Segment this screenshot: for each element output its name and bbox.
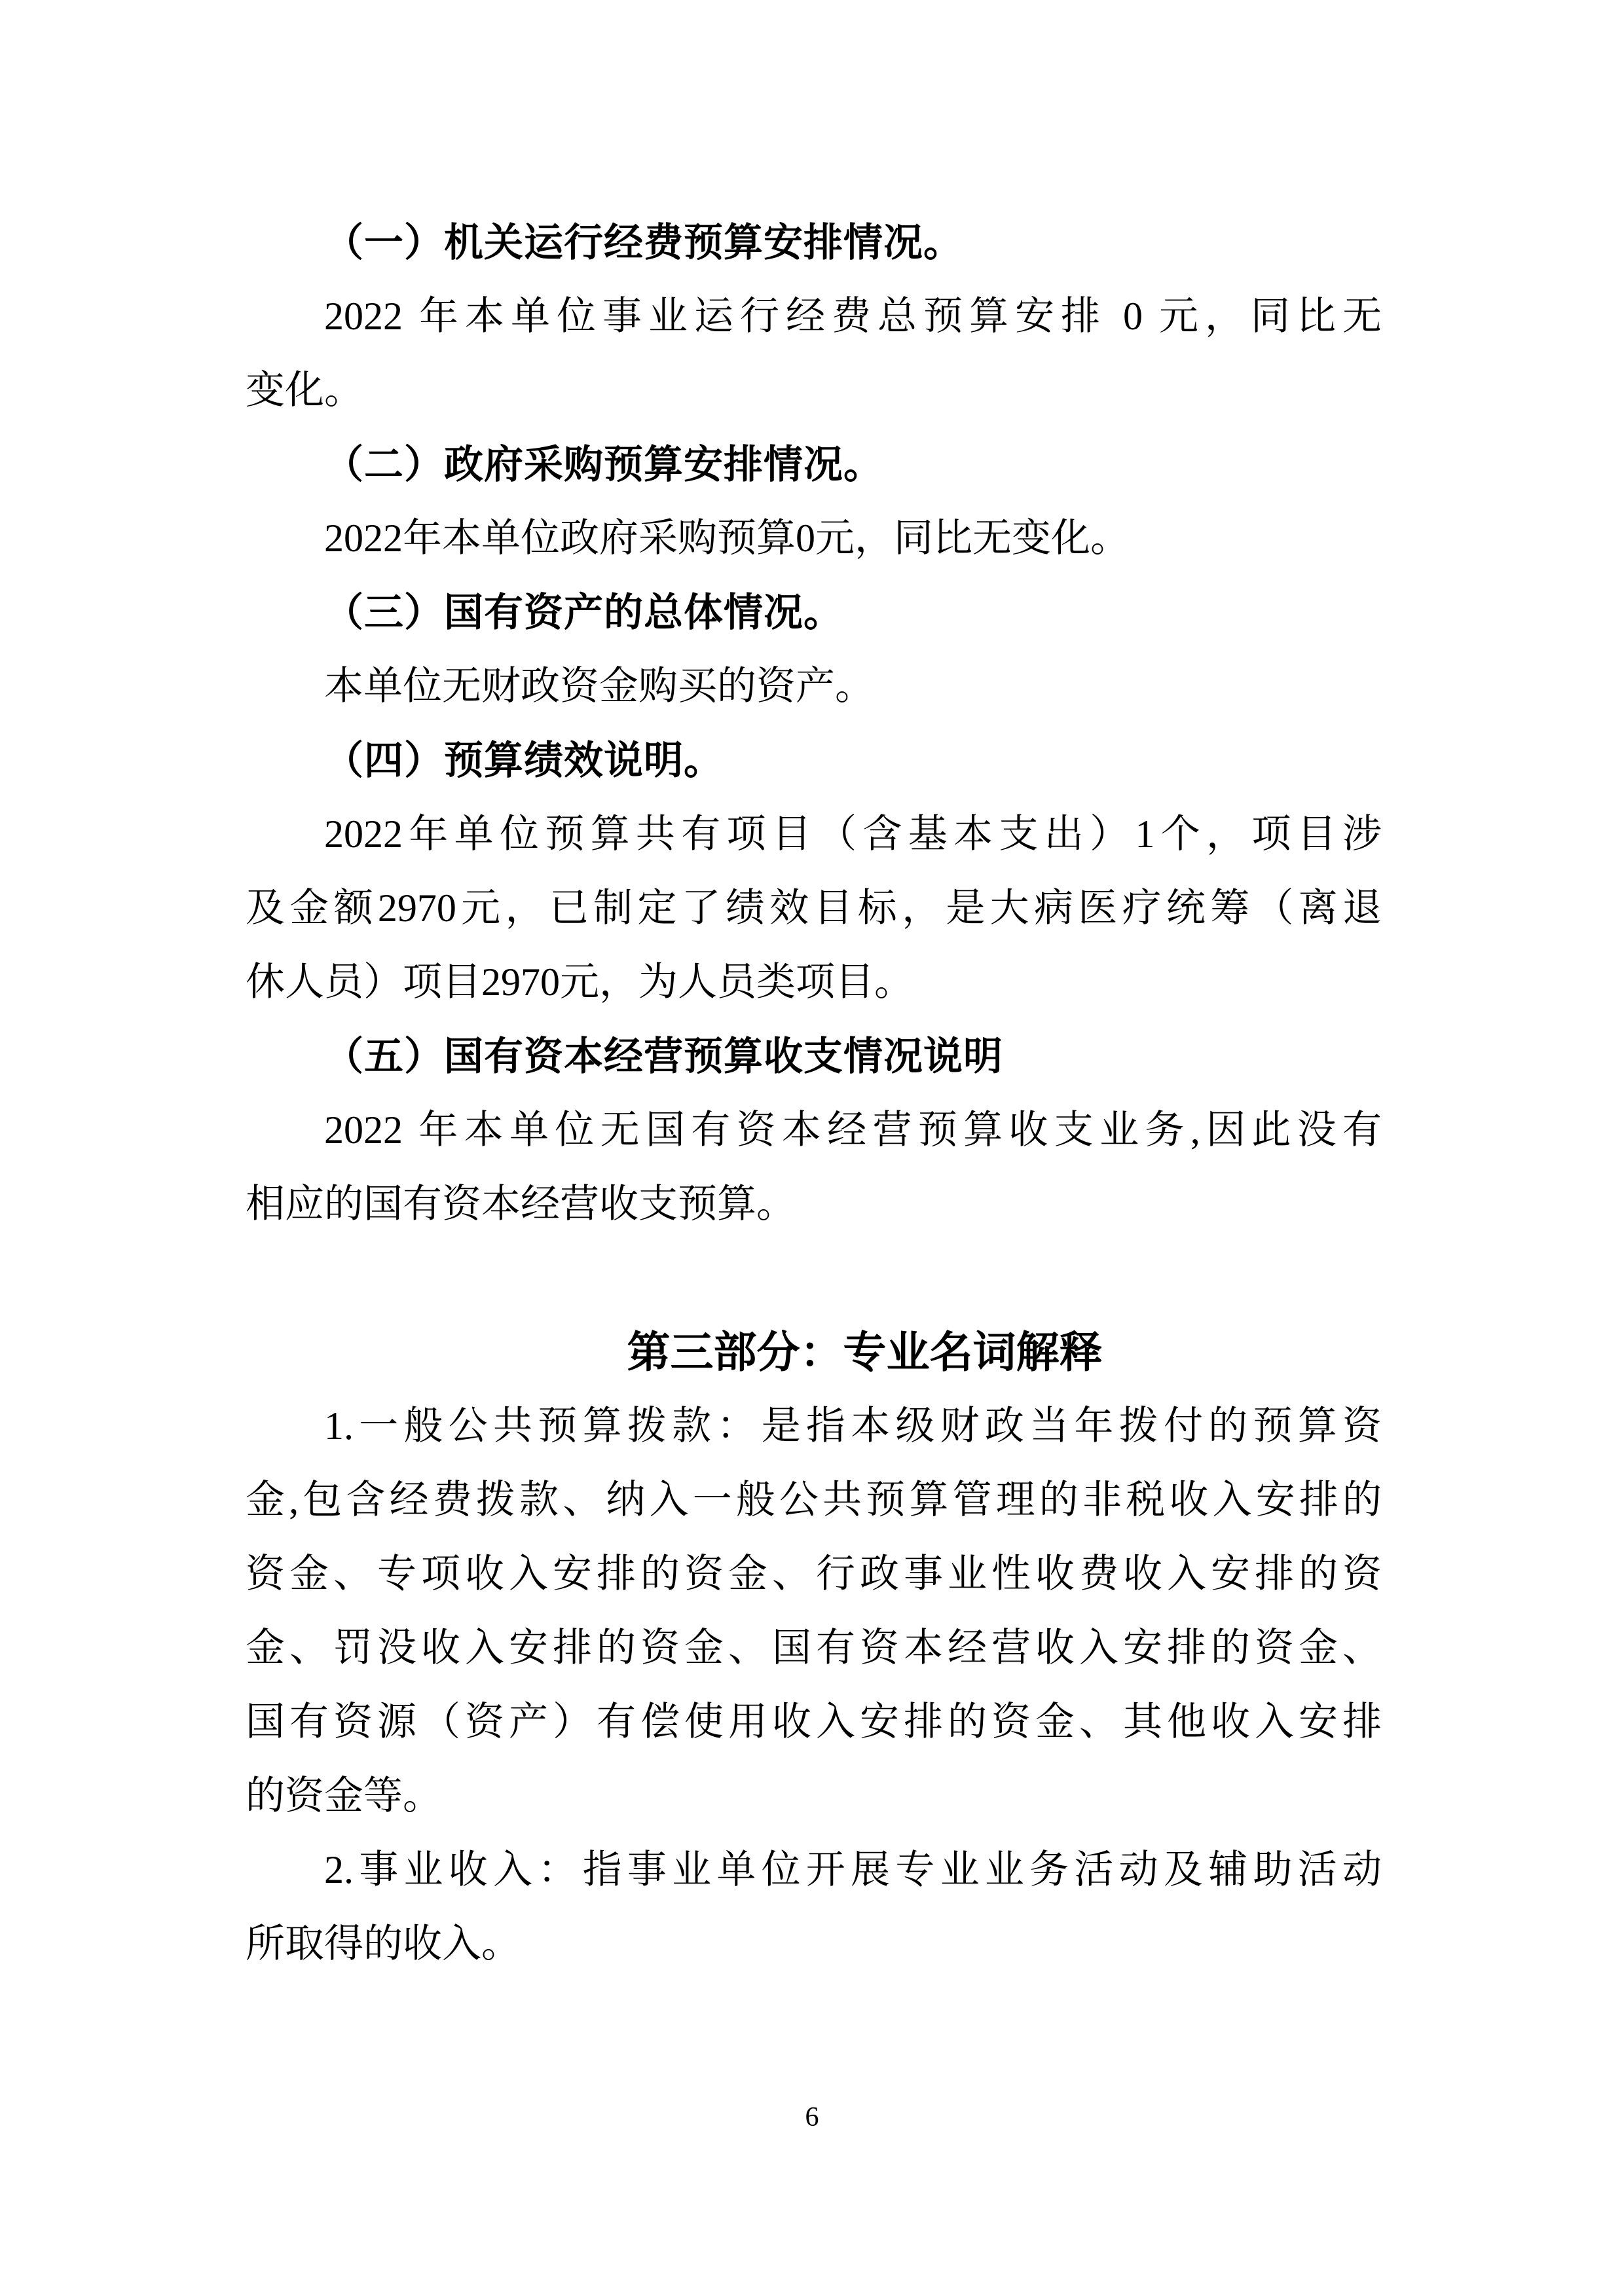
section-2-heading: （二）政府采购预算安排情况。	[246, 428, 1382, 501]
section-4-heading: （四）预算绩效说明。	[246, 723, 1382, 797]
definition-2-line-1: 2.事业收入：指事业单位开展专业业务活动及辅助活动	[246, 1833, 1382, 1907]
definition-2-line-2: 所取得的收入。	[246, 1907, 1382, 1981]
section-4-line-3: 休人员）项目2970元，为人员类项目。	[246, 945, 1382, 1019]
part3-heading: 第三部分：专业名词解释	[297, 1315, 1433, 1389]
section-2-line-1: 2022年本单位政府采购预算0元，同比无变化。	[246, 501, 1382, 575]
definition-1-line-3: 资金、专项收入安排的资金、行政事业性收费收入安排的资	[246, 1537, 1382, 1611]
section-4-line-1: 2022年单位预算共有项目（含基本支出）1个，项目涉	[246, 797, 1382, 871]
section-5-line-2: 相应的国有资本经营收支预算。	[246, 1167, 1382, 1241]
section-1-line-1: 2022 年本单位事业运行经费总预算安排 0 元，同比无	[246, 280, 1382, 354]
definition-1-line-4: 金、罚没收入安排的资金、国有资本经营收入安排的资金、	[246, 1611, 1382, 1685]
section-5-line-1: 2022 年本单位无国有资本经营预算收支业务,因此没有	[246, 1093, 1382, 1167]
blank-line-spacer	[246, 1241, 1382, 1315]
section-5-heading: （五）国有资本经营预算收支情况说明	[246, 1019, 1382, 1093]
section-1-heading: （一）机关运行经费预算安排情况。	[246, 206, 1382, 280]
definition-1-line-6: 的资金等。	[246, 1759, 1382, 1833]
section-3-line-1: 本单位无财政资金购买的资产。	[246, 649, 1382, 723]
section-4-line-2: 及金额2970元，已制定了绩效目标，是大病医疗统筹（离退	[246, 871, 1382, 945]
definition-1-line-2: 金,包含经费拨款、纳入一般公共预算管理的非税收入安排的	[246, 1463, 1382, 1537]
section-3-heading: （三）国有资产的总体情况。	[246, 575, 1382, 649]
document-page: （一）机关运行经费预算安排情况。 2022 年本单位事业运行经费总预算安排 0 …	[0, 0, 1624, 2296]
definition-1-line-1: 1.一般公共预算拨款：是指本级财政当年拨付的预算资	[246, 1389, 1382, 1463]
definition-1-line-5: 国有资源（资产）有偿使用收入安排的资金、其他收入安排	[246, 1685, 1382, 1759]
document-body: （一）机关运行经费预算安排情况。 2022 年本单位事业运行经费总预算安排 0 …	[246, 206, 1382, 1981]
page-number: 6	[0, 2099, 1624, 2136]
section-1-line-2: 变化。	[246, 354, 1382, 428]
